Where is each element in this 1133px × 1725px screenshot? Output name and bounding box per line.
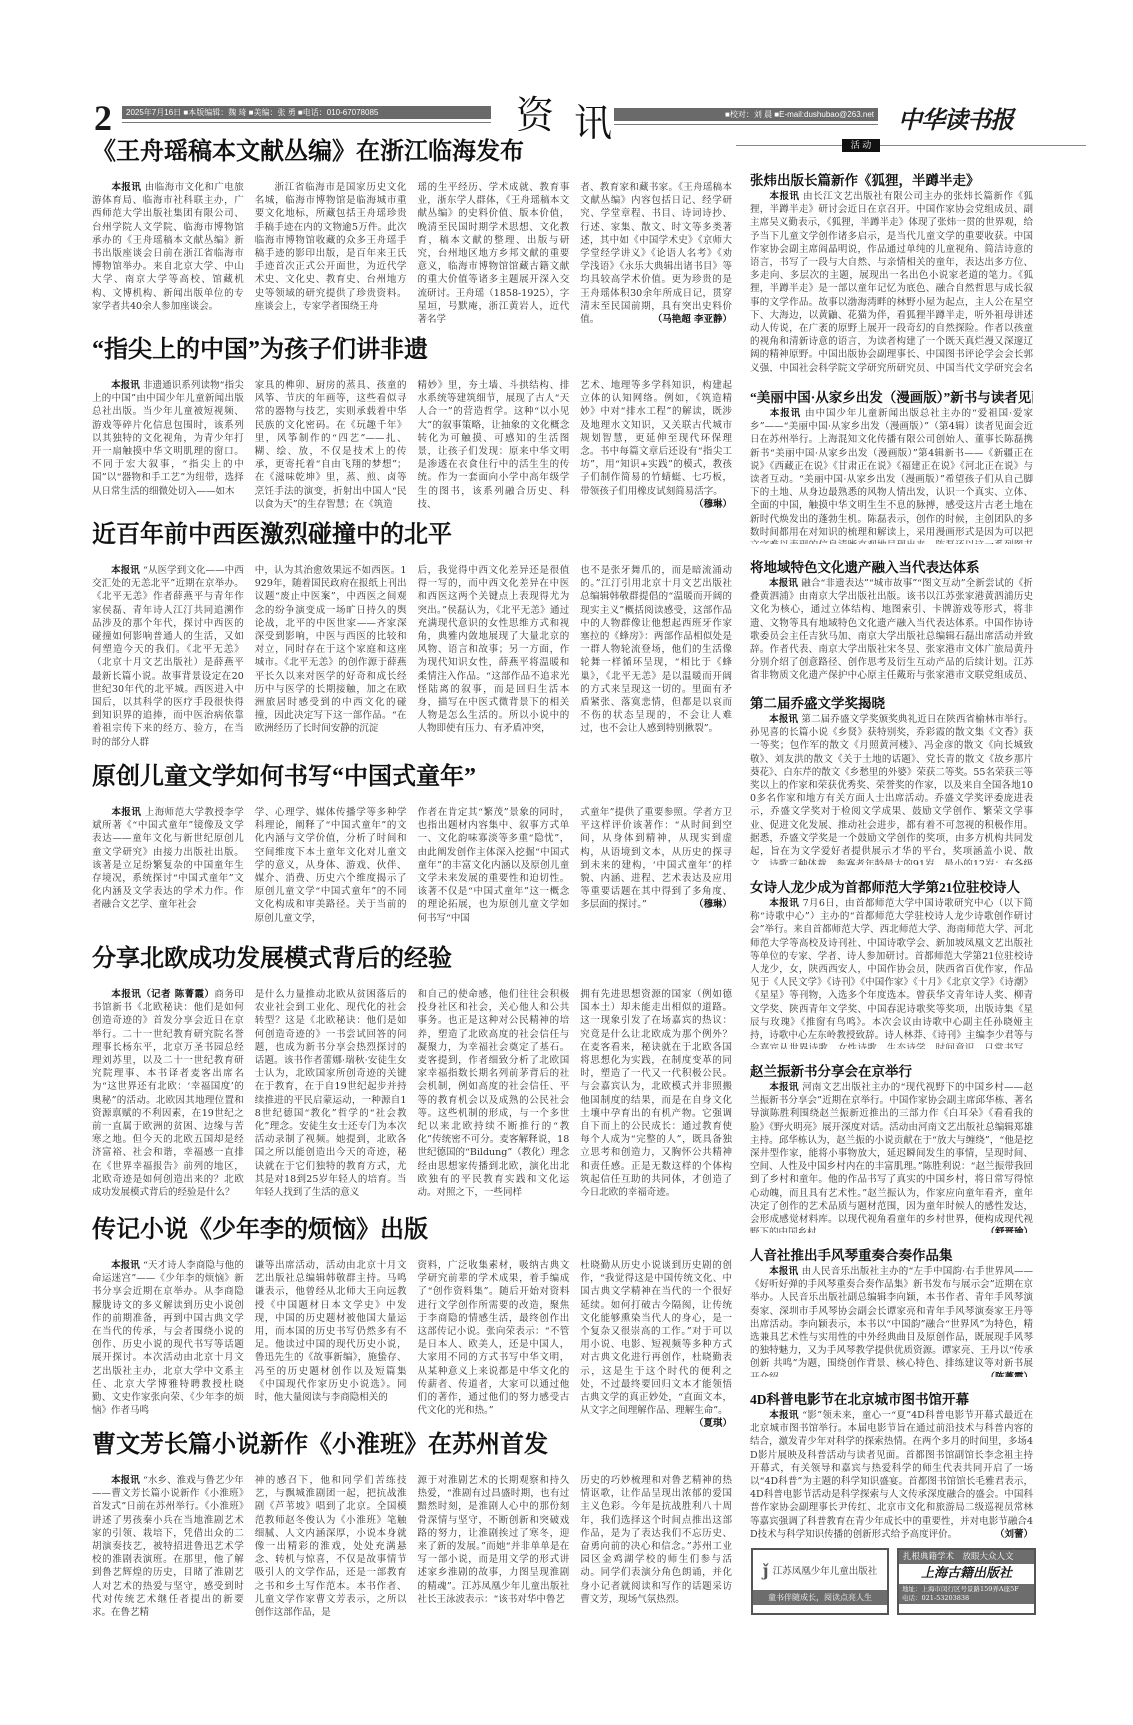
sidebar-news: 张炜出版长篇新作《狐狸，半蹲半走》 本报讯 由长江文艺出版社有限公司主办的张炜长… [750,172,1033,1539]
article-column: 学、心理学、媒体传播学等多种学科理论，阐释了“中国式童年”的文化内涵与文学价值，… [255,806,407,938]
sidebar-item: 将地域特色文化遗产融入当代表达体系 本报讯 融合“非遗表达”“城市故事”“图文互… [750,559,1033,681]
article-column: 资料，广泛收集素材，吸纳古典文学研究前辈的学术成果，着手编成了“创作资料集”。随… [418,1259,570,1437]
byline: （夏琪） [694,1417,732,1430]
ad-slogan: 童书伴随成长，阅读点亮人生 [753,1590,887,1605]
article-column: 是什么力量推动北欧从贫困落后的农业社会到工业化、现代化的社会转型？这是《北欧秘诀… [255,988,407,1218]
article-column: 本报讯 “从医学到文化——中西交汇处的无恙北平”近期在京举办。《北平无恙》作者薛… [92,564,244,762]
article-column: 瑶的生平经历、学术成就、教育事业，浙东学人群体，《王舟瑶稿本文献丛编》的史料价值… [418,181,570,329]
article-beiping-medicine: 近百年前中西医激烈碰撞中的北平 本报讯 “从医学到文化——中西交汇处的无恙北平”… [92,520,732,762]
sidebar-headline: “美丽中国·从家乡出发（漫画版）”新书与读者见面 [750,389,1033,407]
ad-address: 地址：上海市闵行区号景路159弄A座5F [902,1585,1031,1594]
byline: （舒晋瑜） [985,1226,1033,1233]
article-column: 作者在肯定其“繁茂”景象的同时，也指出题材内容集中、叙事方式单一、文化韵味寡淡等… [418,806,570,938]
sidebar-headline: 赵兰振新书分享会在京举行 [750,1063,1033,1081]
ad-publisher-name: 江苏凤凰少年儿童出版社 [773,1563,878,1577]
publisher-logo-icon: ǰ [763,1561,769,1580]
article-column: 艺术、地理等多学科知识，构建起立体的认知网络。例如，《筑造精妙》中对“排水工程”… [580,379,732,511]
article-column: 者、教育家和藏书家。《王舟瑶稿本文献丛编》内容包括日记、经学研究、学堂章程、书目… [580,181,732,329]
article-column: 家具的榫卯、厨房的蒸具、孩童的风筝、节庆的年画等，这些看似寻常的器物与技艺，实则… [255,379,407,511]
sidebar-item: 4D科普电影节在北京城市图书馆开幕 本报讯 “影”领未来，童心一“夏”4D科普电… [750,1391,1033,1539]
article-column: 也不是张牙舞爪的，而是暗流涌动的。”江汀引用北京十月文艺出版社总编辑韩敬群提倡的… [580,564,732,762]
article-chinese-childhood: 原创儿童文学如何书写“中国式童年” 本报讯 上海师范大学教授李学斌所著《“中国式… [92,762,732,938]
article-xiaohuaiban: 曹文芳长篇小说新作《小淮班》在苏州首发 本报讯 “水乡、淮戏与鲁艺少年——曹文芳… [92,1430,732,1652]
header-info-bar: 2025年7月16日 ■本版编辑：魏 琦 ■美编：张 勇 ■电话：010-670… [122,106,491,119]
article-column: 神的感召下，他和同学们苦练技艺，与飘城淮剧团一起，把抗战淮剧《芦苇坡》唱到了北京… [255,1474,407,1652]
masthead-logo: 中华读书报 [898,100,1013,135]
article-column: 本报讯 “水乡、淮戏与鲁艺少年——曹文芳长篇小说新作《小淮班》首发式”日前在苏州… [92,1474,244,1652]
sidebar-item: 张炜出版长篇新作《狐狸，半蹲半走》 本报讯 由长江文艺出版社有限公司主办的张炜长… [750,172,1033,372]
article-column: 杜晓勤从历史小说谈到历史剧的创作，“我觉得这是中国传统文化、中国古典文学精神在当… [580,1259,732,1437]
article-headline: 曹文芳长篇小说新作《小淮班》在苏州首发 [92,1430,732,1460]
header-rule-right [614,124,878,125]
ad-shanghai-classics[interactable]: 扎根典籍学术 放眼大众人文 上海古籍出版社 地址：上海市闵行区号景路159弄A座… [897,1548,1036,1615]
article-column: 后，我觉得中西文化差异还是很值得一写的，而中西文化差异在中医和西医这两个关键点上… [418,564,570,762]
page-number: 2 [94,98,112,138]
article-column: 本报讯 非遗通识系列读物“指尖上的中国”由中国少年儿童新闻出版总社出版。当少年儿… [92,379,244,511]
article-column: 历史的巧妙梳理和对鲁艺精神的热情讴歌，让作品呈现出浓郁的爱国主义色彩。今年是抗战… [580,1474,732,1652]
ad-tagline: 扎根典籍学术 放眼大众人文 [899,1550,1034,1564]
article-headline: 近百年前中西医激烈碰撞中的北平 [92,520,732,550]
sidebar-headline: 女诗人龙少成为首都师范大学第21位驻校诗人 [750,879,1033,897]
article-column: 本报讯 上海师范大学教授李学斌所著《“中国式童年”镜像及文学表达——童年文化与新… [92,806,244,938]
sidebar-item: 赵兰振新书分享会在京举行 本报讯 河南文艺出版社主办的“现代视野下的中国乡村——… [750,1063,1033,1233]
article-column: 谦等出席活动，活动由北京十月文艺出版社总编辑韩敬群主持。马鸣谦表示，他曾经从北师… [255,1259,407,1437]
section-tag-activity: 活 动 [842,139,880,152]
byline: （穆琳） [694,498,732,511]
ad-phone: 电话：021-53203838 [902,1594,1031,1603]
article-column: 式童年”提供了重要参照。学者方卫平这样评价该著作：“从时间到空间，从身体到精神，… [580,806,732,938]
byline: （马艳超 李亚静） [653,313,732,326]
article-column: 中，认为其治愈效果远不如西医。1929年，随着国民政府在报纸上刊出议题“废止中医… [255,564,407,762]
article-fingertip-china: “指尖上的中国”为孩子们讲非遗 本报讯 非遗通识系列读物“指尖上的中国”由中国少… [92,335,732,511]
article-headline: 分享北欧成功发展模式背后的经验 [92,944,732,974]
sidebar-headline: 第二届乔盛文学奖揭晓 [750,695,1033,713]
article-column: 浙江省临海市是国家历史文化名城，临海市博物馆是临海城市重要文化地标，所藏包括王舟… [255,181,407,329]
sidebar-headline: 4D科普电影节在北京城市图书馆开幕 [750,1391,1033,1409]
sidebar-headline: 将地域特色文化遗产融入当代表达体系 [750,559,1033,577]
sidebar-headline: 张炜出版长篇新作《狐狸，半蹲半走》 [750,172,1033,190]
activity-rule [736,145,1086,146]
article-nordic-model: 分享北欧成功发展模式背后的经验 本报讯（记者 陈菁霞）商务印书馆新书《北欧秘诀：… [92,944,732,1218]
article-headline: “指尖上的中国”为孩子们讲非遗 [92,335,732,365]
byline: （穆琳） [694,898,732,911]
ad-jiangsu-phoenix[interactable]: ǰ 江苏凤凰少年儿童出版社 童书伴随成长，阅读点亮人生 [751,1548,889,1615]
byline: （陈菁霞） [985,1371,1033,1377]
sidebar-headline: 人音社推出手风琴重奏合奏作品集 [750,1247,1033,1265]
sidebar-item: 人音社推出手风琴重奏合奏作品集 本报讯 由人民音乐出版社主办的“左手中国韵·右手… [750,1247,1033,1377]
article-column: 源于对淮剧艺术的长期观察和持久热爱，“淮剧有过昌盛时期，也有过黯然时刻，是淮剧人… [418,1474,570,1652]
article-column: 拥有先进思想资源的国家（例如德国本土）却未能走出相似的道路。这一现象引发了在场嘉… [580,988,732,1218]
article-column: 本报讯（记者 陈菁霞）商务印书馆新书《北欧秘诀：他们是如何创造奇迹的》首发分享会… [92,988,244,1218]
article-headline: 原创儿童文学如何书写“中国式童年” [92,762,732,792]
sidebar-item: “美丽中国·从家乡出发（漫画版）”新书与读者见面 本报讯 由中国少年儿童新闻出版… [750,389,1033,544]
header-rule-left [122,122,491,123]
sidebar-item: 第二届乔盛文学奖揭晓 本报讯 第二届乔盛文学奖颁奖典礼近日在陕西省榆林市举行。孙… [750,695,1033,865]
article-column: 本报讯 “天才诗人李商隐与他的命运迷宫”——《少年李的烦恼》新书分享会近期在京举… [92,1259,244,1437]
article-headline: 《王舟瑶稿本文献丛编》在浙江临海发布 [92,137,732,167]
byline: （刘蕾） [995,1528,1033,1539]
article-young-li: 传记小说《少年李的烦恼》出版 本报讯 “天才诗人李商隐与他的命运迷宫”——《少年… [92,1215,732,1437]
ad-publisher-name: 上海古籍出版社 [899,1564,1034,1584]
article-column: 精妙》里，夯土墙、斗拱结构、排水系统等建筑细节，展现了古人“天人合一”的营造哲学… [418,379,570,511]
sidebar-item: 女诗人龙少成为首都师范大学第21位驻校诗人 本报讯 7月6日，由首都师范大学中国… [750,879,1033,1049]
article-column: 本报讯 由临海市文化和广电旅游体育局、临海市社科联主办，广西师范大学出版社集团有… [92,181,244,329]
section-title-char-1: 资 [516,96,554,136]
header-contact-bar: ■校对：刘 晨 ■E-mail:dushubao@263.net [614,108,878,121]
article-headline: 传记小说《少年李的烦恼》出版 [92,1215,732,1245]
article-column: 和自己的使命感，他们往往会积极投身社区和社会，关心他人和公共事务。也正是这种对公… [418,988,570,1218]
article-wang-zhouyao: 《王舟瑶稿本文献丛编》在浙江临海发布 本报讯 由临海市文化和广电旅游体育局、临海… [92,137,732,329]
